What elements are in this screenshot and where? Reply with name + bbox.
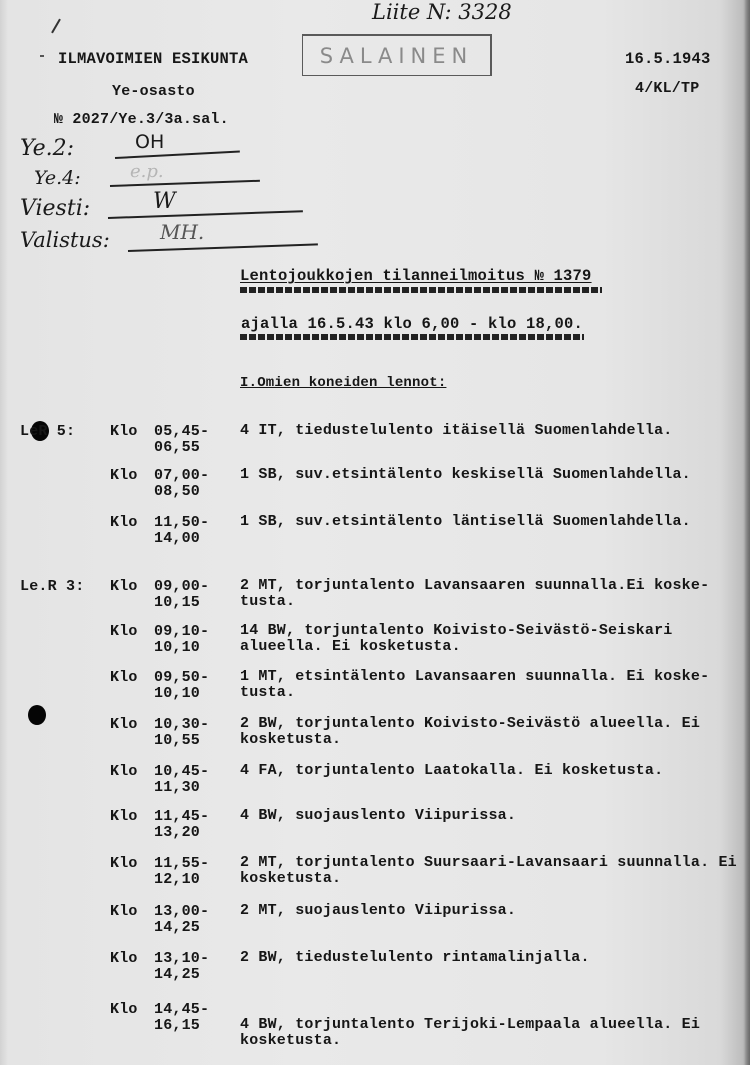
- flight-description: 4 IT, tiedustelulento itäisellä Suomenla…: [240, 423, 750, 439]
- end-time: 16,15: [154, 1017, 200, 1034]
- start-time: 11,45-: [154, 808, 209, 825]
- signature-line: [128, 243, 318, 252]
- klo-label: Klo: [110, 514, 138, 531]
- klo-label: Klo: [110, 623, 138, 640]
- routing-label: Viesti:: [20, 196, 90, 221]
- klo-label: Klo: [110, 950, 138, 967]
- routing-row: Valistus: MH.: [20, 226, 310, 256]
- flight-description: 1 SB, suv.etsintälento läntisellä Suomen…: [240, 514, 750, 530]
- routing-value: MH.: [160, 220, 204, 244]
- start-time: 10,30-: [154, 716, 209, 733]
- signature-line: [115, 150, 240, 159]
- klo-label: Klo: [110, 669, 138, 686]
- end-time: 14,25: [154, 966, 200, 983]
- klo-label: Klo: [110, 716, 138, 733]
- flight-description: 2 MT, torjuntalento Suursaari-Lavansaari…: [240, 855, 750, 887]
- margin-mark: [40, 55, 44, 57]
- start-time: 10,45-: [154, 763, 209, 780]
- period-double-underline: [240, 334, 584, 340]
- start-time: 09,00-: [154, 578, 209, 595]
- end-time: 13,20: [154, 824, 200, 841]
- start-time: 09,50-: [154, 669, 209, 686]
- end-time: 10,10: [154, 639, 200, 656]
- pencil-mark: [51, 19, 61, 34]
- klo-label: Klo: [110, 1001, 138, 1018]
- flight-description: 2 BW, torjuntalento Koivisto-Seivästö al…: [240, 716, 750, 748]
- section-heading: I.Omien koneiden lennot:: [240, 375, 446, 391]
- organization-name: ILMAVOIMIEN ESIKUNTA: [58, 50, 248, 68]
- klo-label: Klo: [110, 578, 138, 595]
- flight-description: 1 MT, etsintälento Lavansaaren suunnalla…: [240, 669, 750, 701]
- start-time: 14,45-: [154, 1001, 209, 1018]
- start-time: 07,00-: [154, 467, 209, 484]
- klo-label: Klo: [110, 763, 138, 780]
- end-time: 10,55: [154, 732, 200, 749]
- routing-label: Ye.2:: [20, 136, 74, 161]
- routing-value: OH: [135, 131, 164, 153]
- start-time: 11,55-: [154, 855, 209, 872]
- start-time: 13,00-: [154, 903, 209, 920]
- klo-label: Klo: [110, 808, 138, 825]
- signature-line: [108, 210, 303, 219]
- routing-label: Valistus:: [20, 228, 110, 252]
- end-time: 14,25: [154, 919, 200, 936]
- klo-label: Klo: [110, 467, 138, 484]
- unit-label: LeR 5:: [20, 423, 75, 440]
- klo-label: Klo: [110, 903, 138, 920]
- routing-row: Ye.2: OH: [20, 135, 310, 165]
- flight-description: 2 MT, suojauslento Viipurissa.: [240, 903, 750, 919]
- klo-label: Klo: [110, 855, 138, 872]
- flight-description: 4 FA, torjuntalento Laatokalla. Ei koske…: [240, 763, 750, 779]
- end-time: 06,55: [154, 439, 200, 456]
- title-double-underline: [240, 287, 602, 293]
- document-date: 16.5.1943: [625, 50, 711, 68]
- unit-label: Le.R 3:: [20, 578, 84, 595]
- end-time: 12,10: [154, 871, 200, 888]
- handwritten-annex-number: Liite N: 3328: [372, 0, 512, 24]
- start-time: 05,45-: [154, 423, 209, 440]
- flight-description: 2 BW, tiedustelulento rintamalinjalla.: [240, 950, 750, 966]
- file-reference: 4/KL/TP: [635, 80, 699, 97]
- classification-stamp: SALAINEN: [302, 34, 492, 76]
- report-title: Lentojoukkojen tilanneilmoitus № 1379: [240, 267, 592, 285]
- flight-description: 14 BW, torjuntalento Koivisto-Seivästö-S…: [240, 623, 750, 655]
- routing-value: e.p.: [130, 161, 164, 182]
- hole-punch: [28, 705, 46, 725]
- report-period: ajalla 16.5.43 klo 6,00 - klo 18,00.: [241, 315, 583, 333]
- start-time: 11,50-: [154, 514, 209, 531]
- flight-description: 2 MT, torjuntalento Lavansaaren suunnall…: [240, 578, 750, 610]
- end-time: 11,30: [154, 779, 200, 796]
- routing-label: Ye.4:: [34, 167, 81, 189]
- start-time: 09,10-: [154, 623, 209, 640]
- klo-label: Klo: [110, 423, 138, 440]
- end-time: 10,15: [154, 594, 200, 611]
- flight-description: 4 BW, torjuntalento Terijoki-Lempaala al…: [240, 1017, 750, 1049]
- end-time: 08,50: [154, 483, 200, 500]
- department-name: Ye-osasto: [112, 83, 195, 100]
- end-time: 14,00: [154, 530, 200, 547]
- flight-description: 4 BW, suojauslento Viipurissa.: [240, 808, 750, 824]
- routing-value: W: [153, 189, 176, 214]
- reference-number: № 2027/Ye.3/3a.sal.: [54, 111, 229, 128]
- flight-description: 1 SB, suv.etsintälento keskisellä Suomen…: [240, 467, 750, 483]
- start-time: 13,10-: [154, 950, 209, 967]
- end-time: 10,10: [154, 685, 200, 702]
